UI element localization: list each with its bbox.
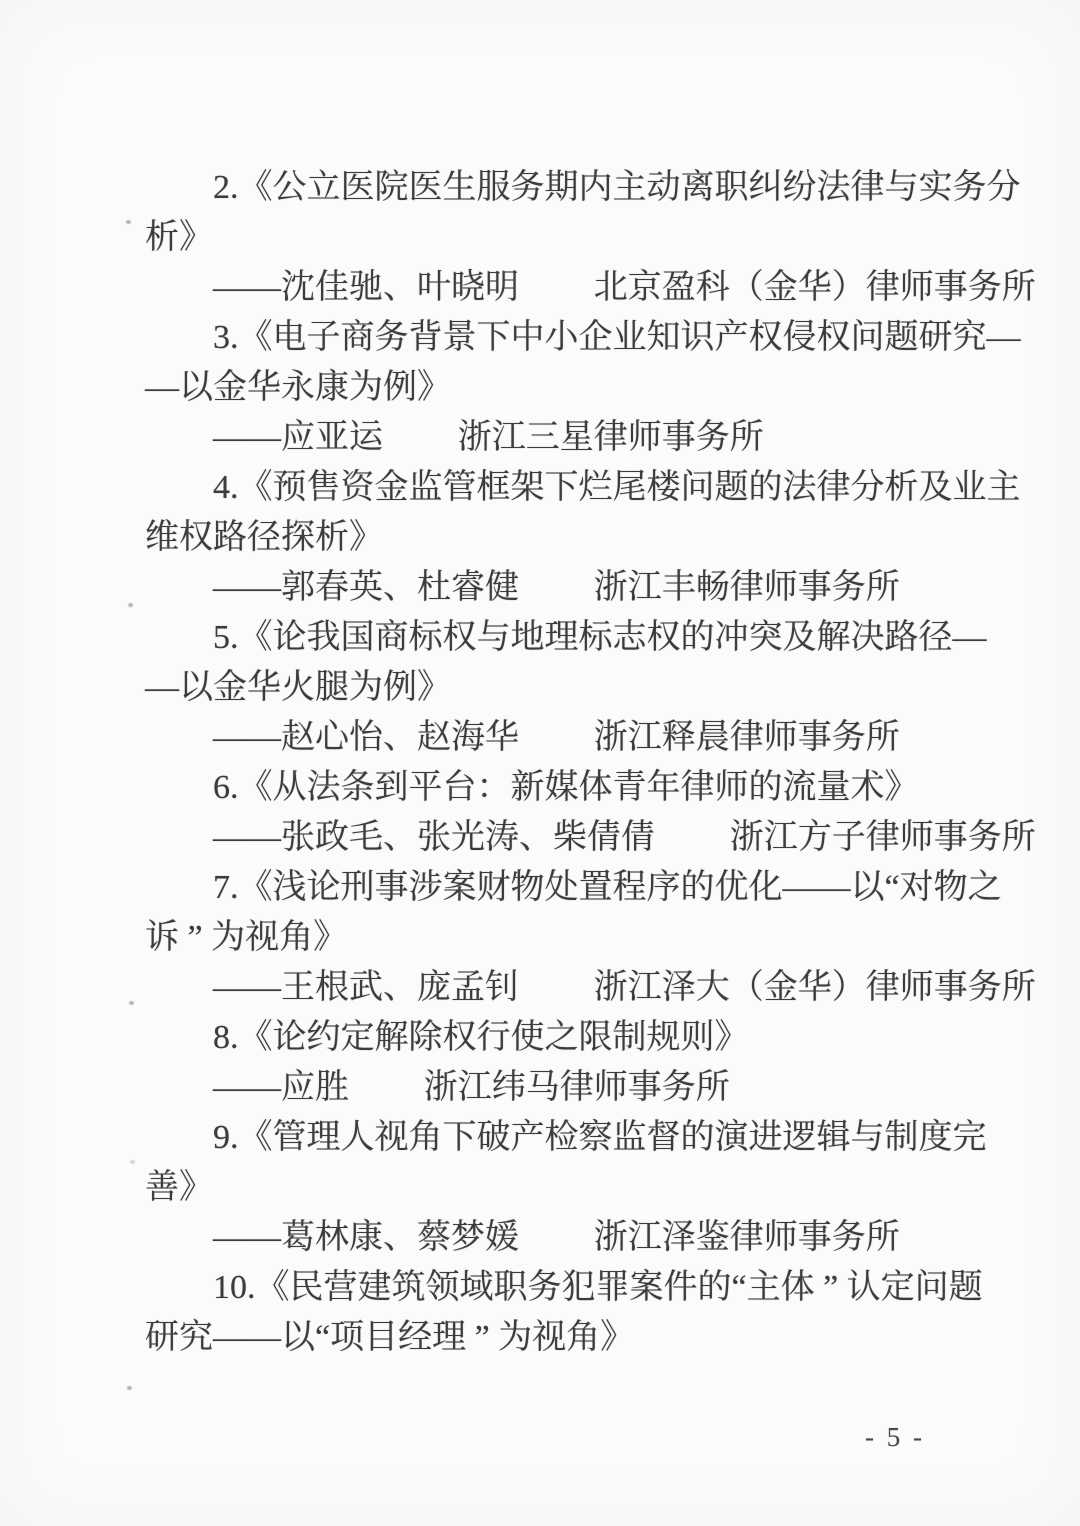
- author-line: ——应亚运浙江三星律师事务所: [145, 413, 945, 463]
- law-firm: 浙江纬马律师事务所: [424, 1069, 730, 1106]
- authors: ——王根武、庞孟钊: [213, 969, 519, 1006]
- entry-continuation-line: 诉 ” 为视角》: [145, 913, 945, 963]
- scan-speck: [126, 220, 131, 224]
- authors: ——沈佳驰、叶晓明: [213, 269, 519, 306]
- entry-title-line: 10.《民营建筑领域职务犯罪案件的“主体 ” 认定问题: [145, 1263, 945, 1313]
- law-firm: 浙江泽鉴律师事务所: [594, 1219, 900, 1256]
- authors: ——葛林康、蔡梦媛: [213, 1219, 519, 1256]
- authors: ——郭春英、杜睿健: [213, 569, 519, 606]
- entry-continuation-line: 研究——以“项目经理 ” 为视角》: [145, 1313, 945, 1363]
- entry-title-line: 6.《从法条到平台：新媒体青年律师的流量术》: [145, 763, 945, 813]
- law-firm: 浙江泽大（金华）律师事务所: [594, 969, 1036, 1006]
- entry-continuation-line: 维权路径探析》: [145, 513, 945, 563]
- page-number: - 5 -: [865, 1422, 925, 1453]
- authors: ——张政毛、张光涛、柴倩倩: [213, 819, 655, 856]
- document-body: 2.《公立医院医生服务期内主动离职纠纷法律与实务分析》——沈佳驰、叶晓明北京盈科…: [145, 163, 945, 1363]
- entry-continuation-line: —以金华永康为例》: [145, 363, 945, 413]
- law-firm: 浙江方子律师事务所: [730, 819, 1036, 856]
- author-line: ——张政毛、张光涛、柴倩倩浙江方子律师事务所: [145, 813, 945, 863]
- author-line: ——应胜浙江纬马律师事务所: [145, 1063, 945, 1113]
- entry-title-line: 2.《公立医院医生服务期内主动离职纠纷法律与实务分: [145, 163, 945, 213]
- author-line: ——沈佳驰、叶晓明北京盈科（金华）律师事务所: [145, 263, 945, 313]
- authors: ——赵心怡、赵海华: [213, 719, 519, 756]
- scan-speck: [127, 1386, 132, 1390]
- law-firm: 浙江释晨律师事务所: [594, 719, 900, 756]
- entry-title-line: 3.《电子商务背景下中小企业知识产权侵权问题研究—: [145, 313, 945, 363]
- law-firm: 北京盈科（金华）律师事务所: [594, 269, 1036, 306]
- scan-speck: [128, 603, 133, 607]
- entry-title-line: 9.《管理人视角下破产检察监督的演进逻辑与制度完: [145, 1113, 945, 1163]
- author-line: ——王根武、庞孟钊浙江泽大（金华）律师事务所: [145, 963, 945, 1013]
- scanned-page: 2.《公立医院医生服务期内主动离职纠纷法律与实务分析》——沈佳驰、叶晓明北京盈科…: [0, 0, 1080, 1526]
- scan-speck: [129, 1001, 134, 1005]
- entry-continuation-line: —以金华火腿为例》: [145, 663, 945, 713]
- entry-title-line: 4.《预售资金监管框架下烂尾楼问题的法律分析及业主: [145, 463, 945, 513]
- entry-title-line: 8.《论约定解除权行使之限制规则》: [145, 1013, 945, 1063]
- author-line: ——赵心怡、赵海华浙江释晨律师事务所: [145, 713, 945, 763]
- entry-continuation-line: 善》: [145, 1163, 945, 1213]
- authors: ——应亚运: [213, 419, 383, 456]
- law-firm: 浙江三星律师事务所: [458, 419, 764, 456]
- entry-title-line: 7.《浅论刑事涉案财物处置程序的优化——以“对物之: [145, 863, 945, 913]
- law-firm: 浙江丰畅律师事务所: [594, 569, 900, 606]
- author-line: ——郭春英、杜睿健浙江丰畅律师事务所: [145, 563, 945, 613]
- entry-title-line: 5.《论我国商标权与地理标志权的冲突及解决路径—: [145, 613, 945, 663]
- author-line: ——葛林康、蔡梦媛浙江泽鉴律师事务所: [145, 1213, 945, 1263]
- scan-speck: [130, 1160, 135, 1164]
- authors: ——应胜: [213, 1069, 349, 1106]
- entry-continuation-line: 析》: [145, 213, 945, 263]
